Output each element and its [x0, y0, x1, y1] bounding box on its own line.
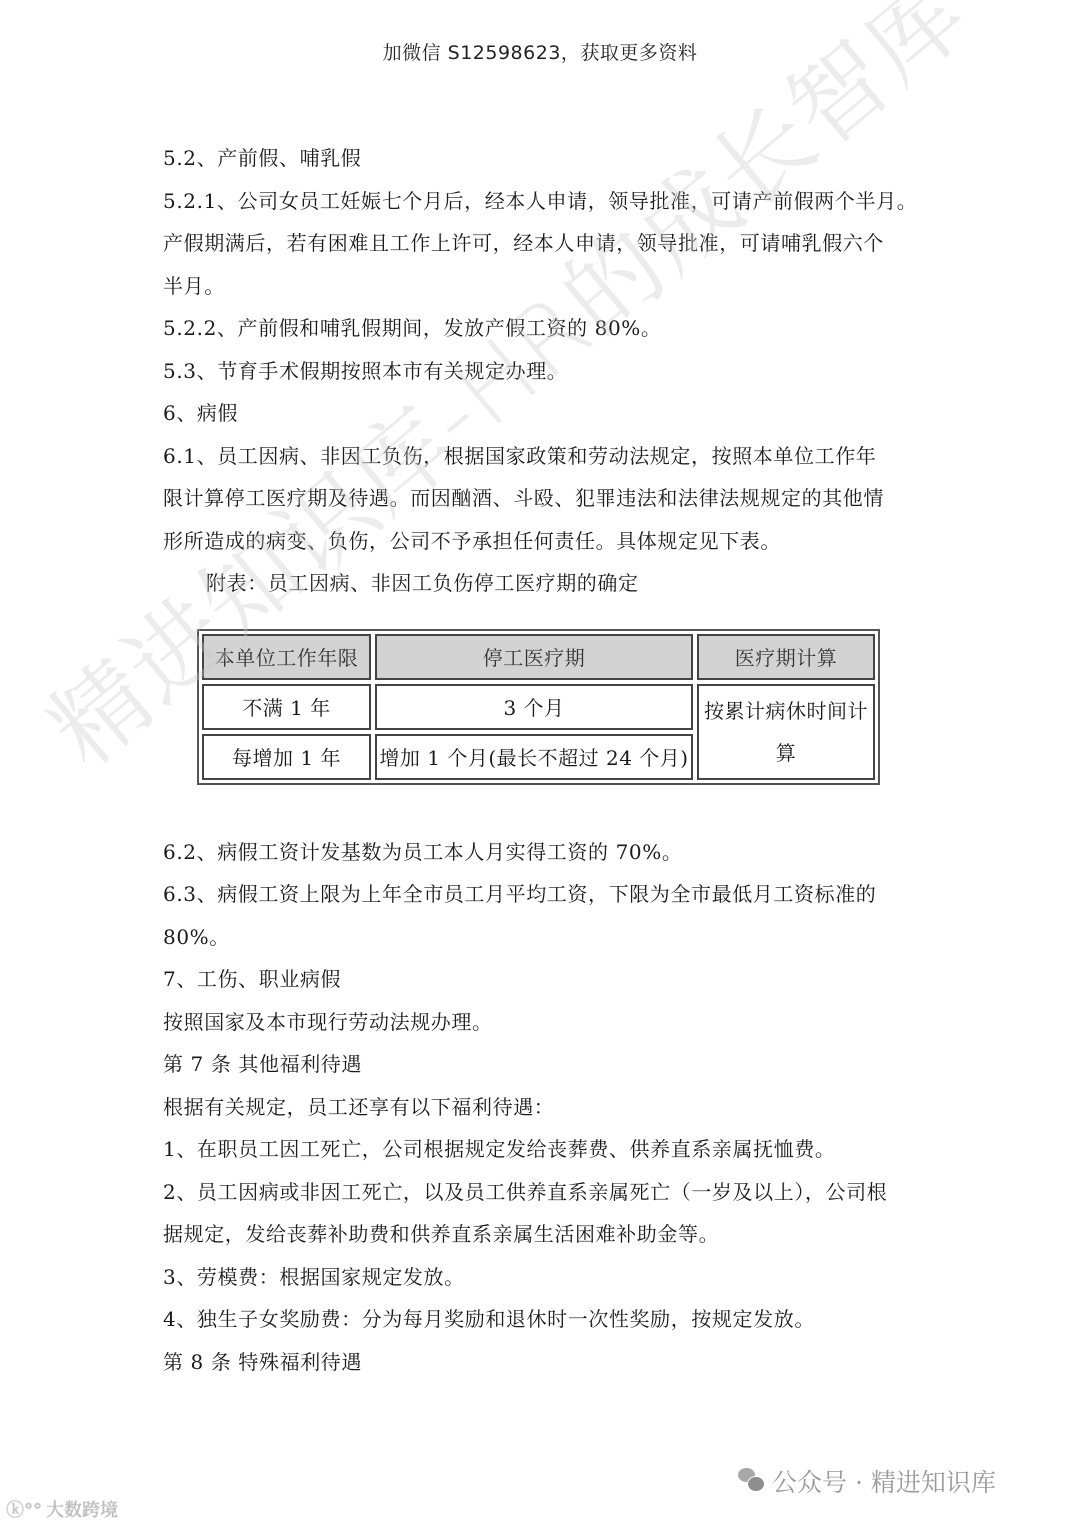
table-header-cell: 停工医疗期	[375, 634, 693, 680]
article-heading-7: 第 7 条 其他福利待遇	[163, 1043, 923, 1086]
list-item: 3、劳模费：根据国家规定发放。	[163, 1256, 923, 1299]
spacer	[163, 785, 923, 831]
sick-leave-table-frame: 本单位工作年限 停工医疗期 医疗期计算 不满 1 年 3 个月 按累计病休时间计…	[197, 629, 880, 785]
paragraph-line: 5.2.2、产前假和哺乳假期间，发放产假工资的 80%。	[163, 307, 923, 350]
wechat-icon	[738, 1468, 764, 1494]
paragraph-line: 限计算停工医疗期及待遇。而因酗酒、斗殴、犯罪违法和法律法规规定的其他情	[163, 477, 923, 520]
footer-wechat-account: 公众号 · 精进知识库	[738, 1463, 996, 1499]
table-row: 不满 1 年 3 个月 按累计病休时间计算	[202, 684, 875, 730]
paragraph-line: 6.3、病假工资上限为上年全市员工月平均工资，下限为全市最低月工资标准的	[163, 873, 923, 916]
paragraph-line: 6.1、员工因病、非因工负伤，根据国家政策和劳动法规定，按照本单位工作年	[163, 435, 923, 478]
sick-leave-table: 本单位工作年限 停工医疗期 医疗期计算 不满 1 年 3 个月 按累计病休时间计…	[198, 630, 879, 784]
list-item: 1、在职员工因工死亡，公司根据规定发给丧葬费、供养直系亲属抚恤费。	[163, 1128, 923, 1171]
list-item: 2、员工因病或非因工死亡，以及员工供养直系亲属死亡（一岁及以上），公司根	[163, 1171, 923, 1214]
section-heading-6: 6、病假	[163, 392, 923, 435]
section-heading-7: 7、工伤、职业病假	[163, 958, 923, 1001]
table-cell: 每增加 1 年	[202, 734, 371, 780]
footer-source-text: 大数跨境	[46, 1496, 118, 1522]
footer-source-logo: ⓚ°° 大数跨境	[6, 1496, 118, 1522]
paragraph-line: 80%。	[163, 916, 923, 959]
article-heading-8: 第 8 条 特殊福利待遇	[163, 1341, 923, 1384]
table-cell: 不满 1 年	[202, 684, 371, 730]
paragraph-line: 半月。	[163, 265, 923, 308]
paragraph-line: 形所造成的病变、负伤，公司不予承担任何责任。具体规定见下表。	[163, 520, 923, 563]
table-header-cell: 本单位工作年限	[202, 634, 371, 680]
dashu-logo-icon: ⓚ°°	[6, 1496, 42, 1522]
paragraph-line: 产假期满后，若有困难且工作上许可，经本人申请，领导批准，可请哺乳假六个	[163, 222, 923, 265]
paragraph-line: 按照国家及本市现行劳动法规办理。	[163, 1001, 923, 1044]
paragraph-line: 5.3、节育手术假期按照本市有关规定办理。	[163, 350, 923, 393]
section-heading-5-2: 5.2、产前假、哺乳假	[163, 137, 923, 180]
table-caption: 附表：员工因病、非因工负伤停工医疗期的确定	[163, 562, 923, 605]
paragraph-line: 根据有关规定，员工还享有以下福利待遇：	[163, 1086, 923, 1129]
table-cell: 3 个月	[375, 684, 693, 730]
table-cell: 增加 1 个月(最长不超过 24 个月)	[375, 734, 693, 780]
paragraph-line: 6.2、病假工资计发基数为员工本人月实得工资的 70%。	[163, 831, 923, 874]
list-item: 4、独生子女奖励费：分为每月奖励和退休时一次性奖励，按规定发放。	[163, 1298, 923, 1341]
document-page: 5.2、产前假、哺乳假 5.2.1、公司女员工妊娠七个月后，经本人申请，领导批准…	[163, 137, 923, 1383]
top-banner: 加微信 S12598623，获取更多资料	[0, 38, 1080, 65]
paragraph-line: 5.2.1、公司女员工妊娠七个月后，经本人申请，领导批准，可请产前假两个半月。	[163, 180, 923, 223]
table-merged-cell: 按累计病休时间计算	[697, 684, 875, 780]
table-header-cell: 医疗期计算	[697, 634, 875, 680]
table-header-row: 本单位工作年限 停工医疗期 医疗期计算	[202, 634, 875, 680]
footer-account-text: 公众号 · 精进知识库	[772, 1463, 996, 1499]
list-item-continuation: 据规定，发给丧葬补助费和供养直系亲属生活困难补助金等。	[163, 1213, 923, 1256]
